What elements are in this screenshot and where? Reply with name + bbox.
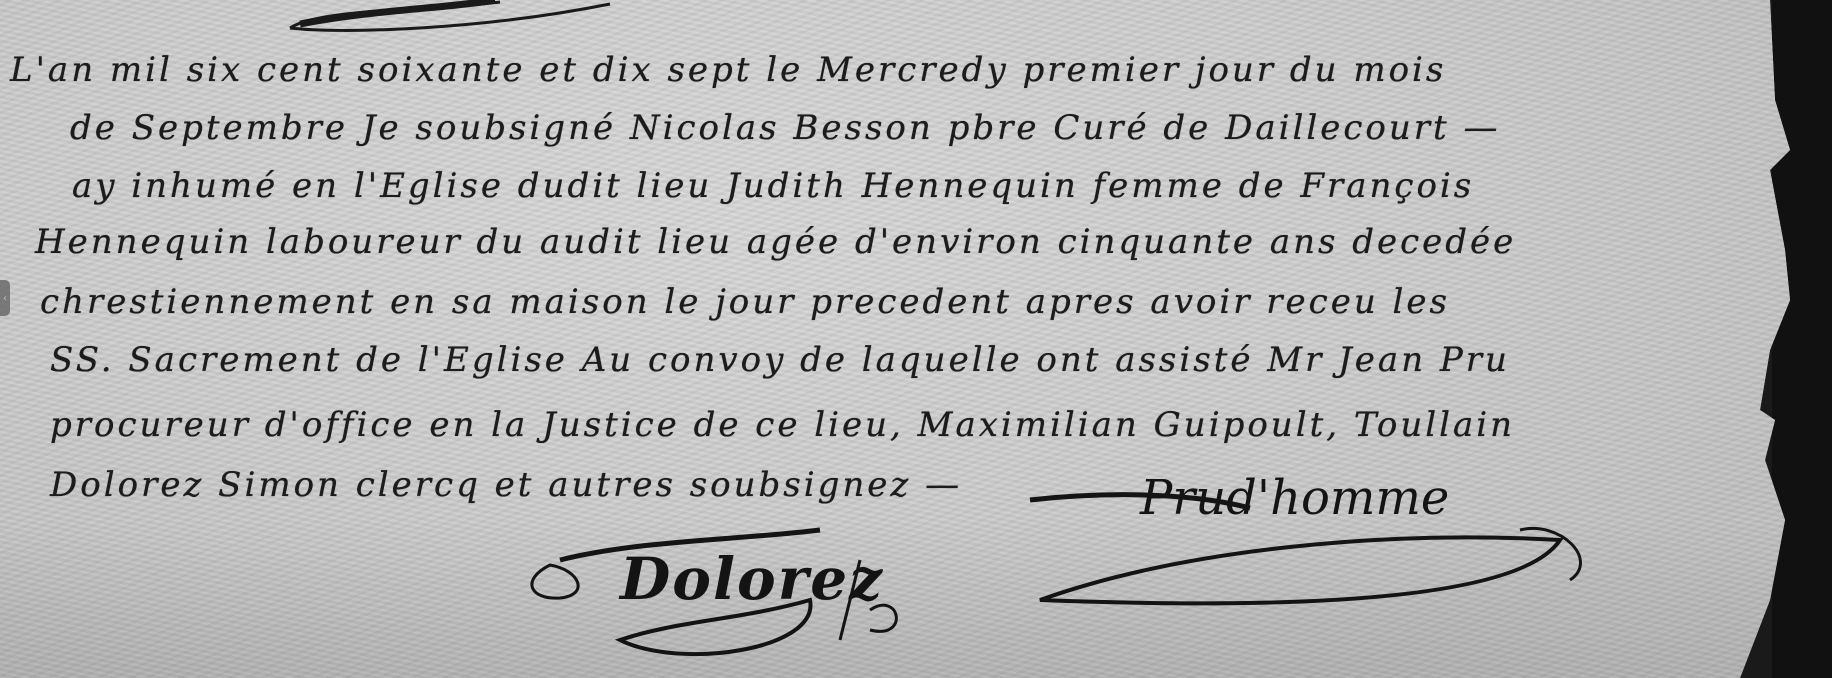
chevron-left-icon: ‹ [3,293,7,304]
manuscript-page: L'an mil six cent soixante et dix sept l… [0,0,1790,678]
handwritten-text: L'an mil six cent soixante et dix sept l… [0,0,1790,678]
text-line-7: procureur d'office en la Justice de ce l… [50,405,1515,445]
previous-page-button[interactable]: ‹ [0,280,10,316]
document-viewer: L'an mil six cent soixante et dix sept l… [0,0,1832,678]
text-line-3: ay inhumé en l'Eglise dudit lieu Judith … [72,166,1474,206]
text-line-5: chrestiennement en sa maison le jour pre… [40,282,1450,322]
text-line-2: de Septembre Je soubsigné Nicolas Besson… [70,108,1501,148]
text-line-1: L'an mil six cent soixante et dix sept l… [10,50,1446,90]
signature-prudhomme: Prud'homme [1140,470,1449,526]
signature-dolorez: Dolorez [620,545,884,613]
scan-background [1772,0,1832,678]
text-line-4: Hennequin laboureur du audit lieu agée d… [35,222,1516,262]
signature-flourish-1 [520,520,1080,670]
text-line-6: SS. Sacrement de l'Eglise Au convoy de l… [50,340,1510,380]
text-line-8: Dolorez Simon clercq et autres soubsigne… [50,465,962,505]
